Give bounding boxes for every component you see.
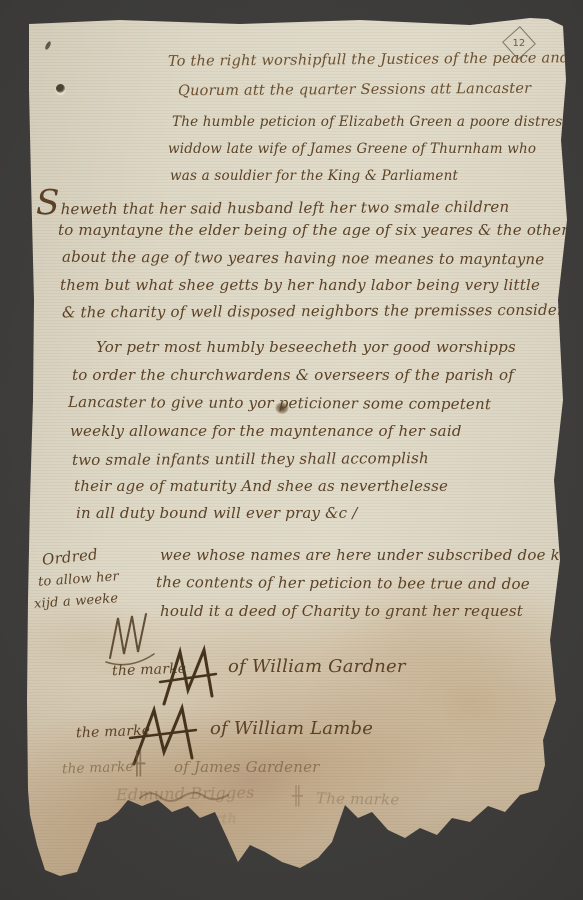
attestation-line: the contents of her peticion to bee true… (156, 573, 530, 593)
petition-intro-line: was a souldier for the King & Parliament (170, 168, 458, 184)
petition-prayer-line: to order the churchwardens & overseers o… (72, 366, 514, 384)
petition-body-line: about the age of two yeares having noe m… (62, 248, 544, 269)
pinhole (56, 84, 65, 93)
signature-name: The marke (316, 789, 400, 808)
petition-prayer-line: in all duty bound will ever pray &c / (76, 504, 358, 522)
petition-prayer-line: their age of maturity And shee as nevert… (74, 477, 448, 495)
petition-intro-line: widdow late wife of James Greene of Thur… (168, 141, 536, 157)
signature-mark-icon: ╫ (132, 752, 145, 777)
attestation-line: hould it a deed of Charity to grant her … (160, 602, 523, 620)
heading-line: Quorum att the quarter Sessions att Lanc… (178, 81, 531, 99)
signature-mark-icon: ╫ (292, 786, 303, 807)
petition-prayer-line: two smale infants untill they shall acco… (72, 449, 429, 469)
petition-body-line: Sheweth that her said husband left her t… (36, 191, 509, 218)
paraph-flourish-icon (102, 608, 158, 668)
petition-intro-line: The humble peticion of Elizabeth Green a… (172, 114, 583, 130)
petition-prayer-line: Yor petr most humbly beseecheth yor good… (96, 338, 516, 356)
photograph-background: 12 To the right worshipfull the Justices… (0, 0, 583, 900)
petition-body-line: them but what shee getts by her handy la… (60, 276, 540, 294)
petition-body-line: to mayntayne the elder being of the age … (58, 221, 569, 239)
petition-prayer-line: Lancaster to give unto yor peticioner so… (68, 393, 491, 413)
signature-prefix: the marke (62, 759, 134, 777)
signature-name: of William Gardner (228, 656, 406, 677)
folio-number: 12 (513, 37, 526, 48)
signature-name: of James Gardener (174, 758, 320, 776)
attestation-line: wee whose names are here under subscribe… (160, 546, 583, 564)
petition-body-line: & the charity of well disposed neighbors… (62, 301, 583, 322)
petition-prayer-line: weekly allowance for the mayntenance of … (70, 422, 462, 440)
scribble-strikethrough-icon (138, 788, 230, 807)
manuscript-paper: 12 To the right worshipfull the Justices… (0, 0, 583, 900)
signature-name: of William Lambe (210, 718, 373, 739)
faint-bleedthrough-text: Farneworth (152, 811, 237, 828)
